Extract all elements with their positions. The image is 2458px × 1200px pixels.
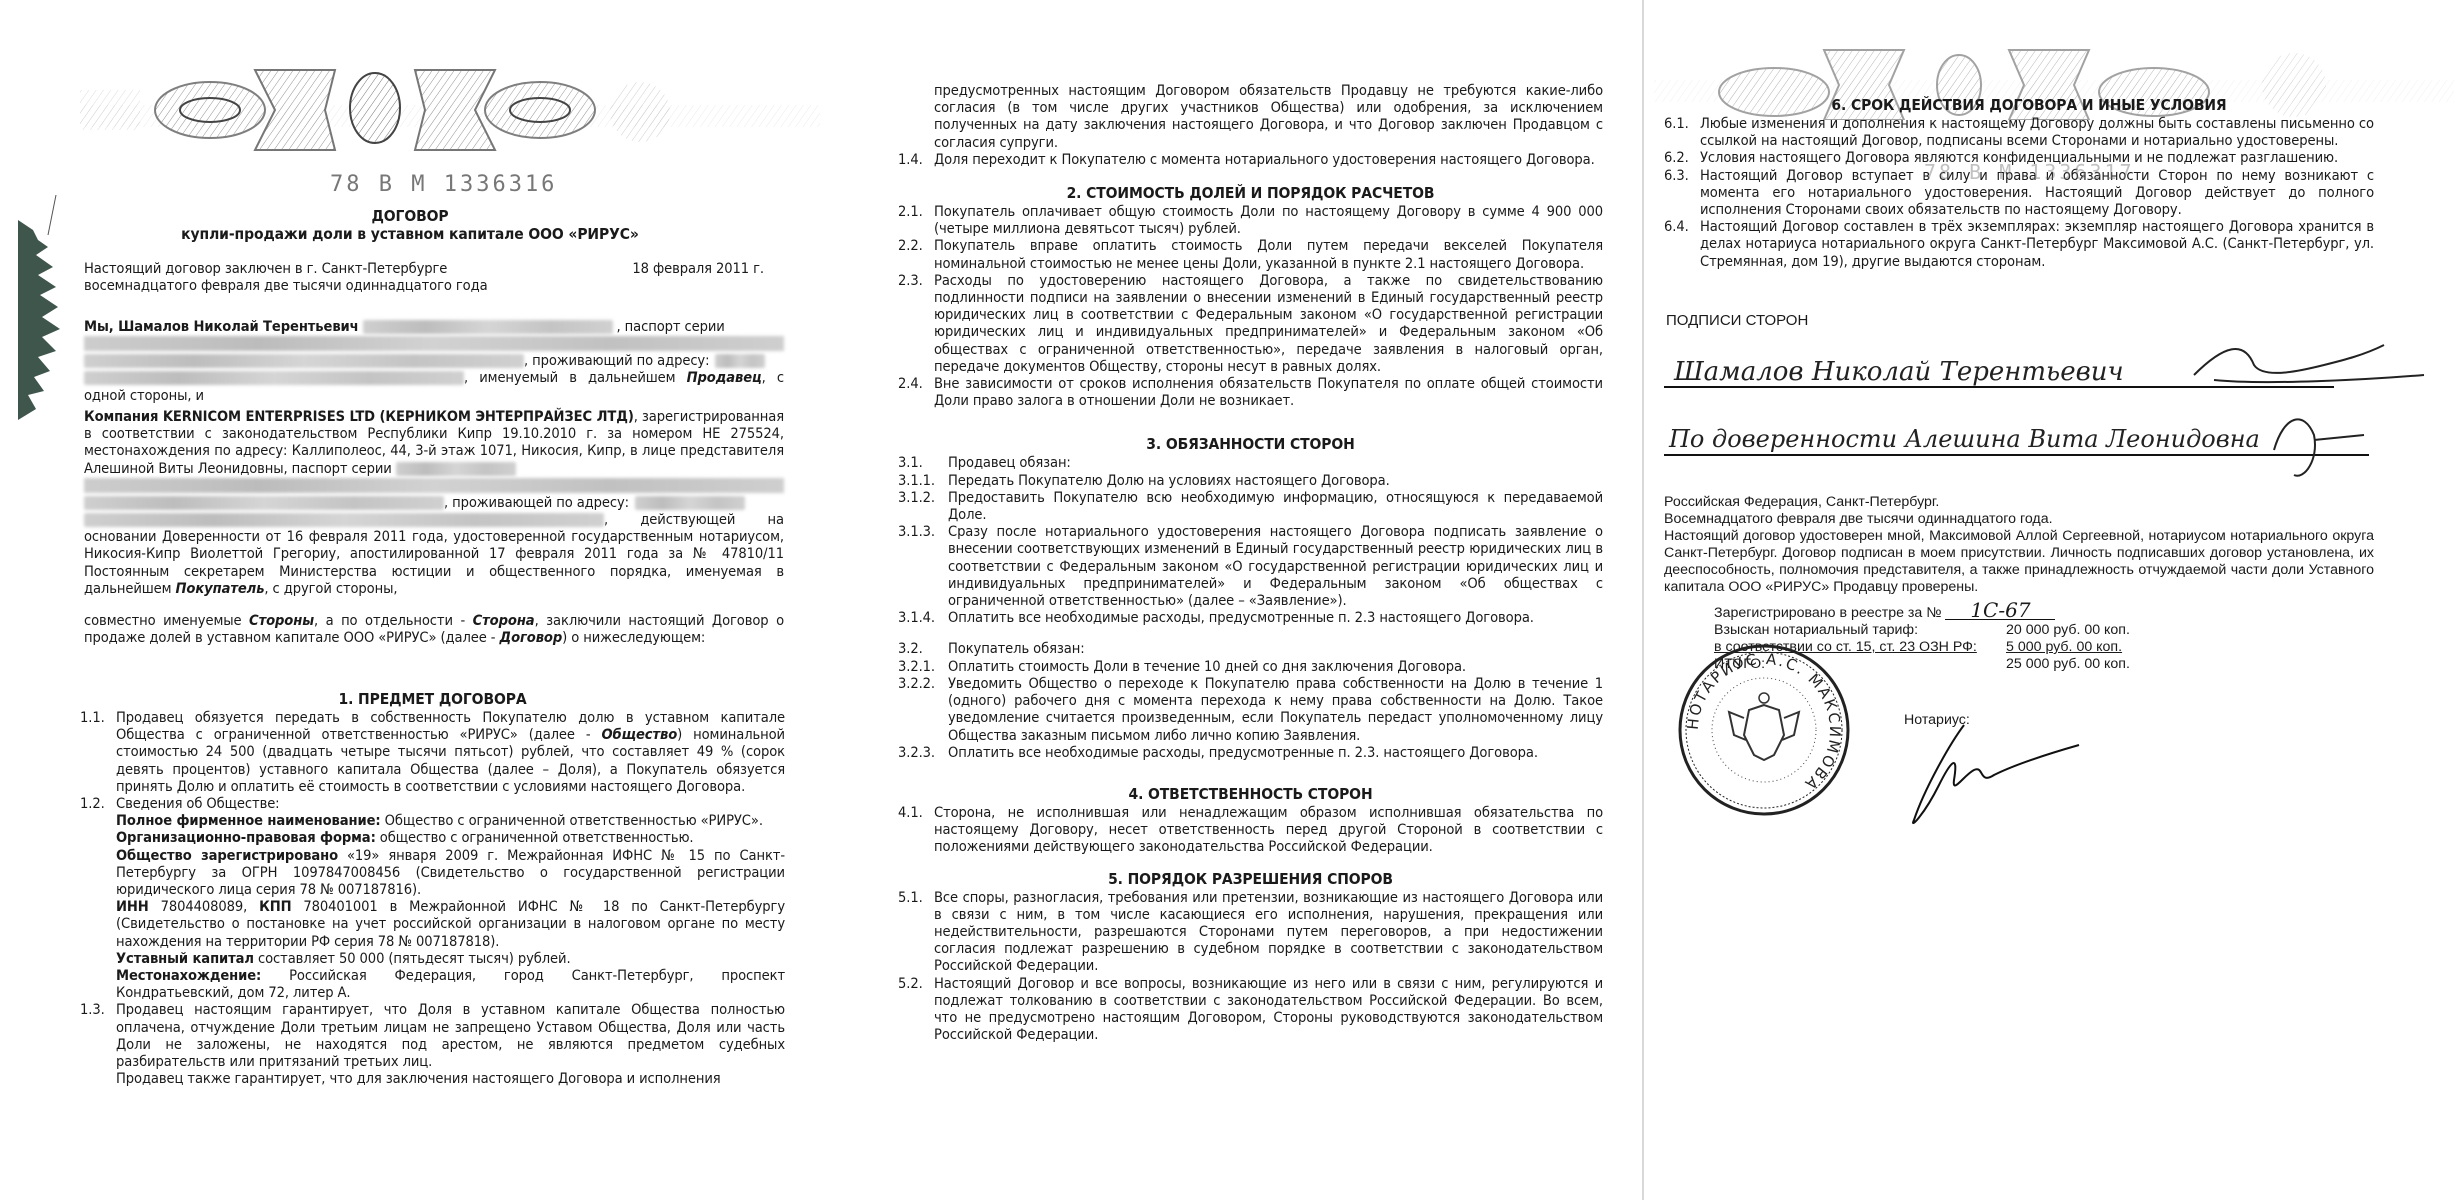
fee-label: Взыскан нотариальный тариф: bbox=[1714, 622, 2006, 639]
clause-number: 5.2. bbox=[898, 975, 934, 1044]
clause-text: Оплатить все необходимые расходы, предус… bbox=[948, 744, 1603, 761]
clause-3-1: 3.1.Продавец обязан: bbox=[898, 454, 1603, 471]
clause-3-2-1: 3.2.1.Оплатить стоимость Доли в течение … bbox=[898, 658, 1603, 675]
clause-3-2: 3.2.Покупатель обязан: bbox=[898, 640, 1603, 657]
redacted-buyer-passport bbox=[396, 462, 516, 476]
contract-subtitle: купли-продажи доли в уставном капитале О… bbox=[80, 226, 740, 243]
section-2-heading: 2. СТОИМОСТЬ ДОЛЕЙ И ПОРЯДОК РАСЧЕТОВ bbox=[898, 184, 1603, 203]
registry-line: Зарегистрировано в реестре за № 1С-67 bbox=[1714, 602, 2174, 622]
section-6-heading: 6. СРОК ДЕЙСТВИЯ ДОГОВОРА И ИНЫЕ УСЛОВИЯ bbox=[1674, 96, 2384, 115]
clause-3-1-2: 3.1.2.Предоставить Покупателю всю необхо… bbox=[898, 489, 1603, 523]
buyer-handwritten-name: По доверенности Алешина Вита Леонидовна bbox=[1668, 425, 2260, 453]
seal-outer-text: НОТАРИУС А.С. МАКСИМОВА bbox=[1684, 650, 1844, 794]
clause-text: Сразу после нотариального удостоверения … bbox=[948, 523, 1603, 609]
clause-number: 3.1.3. bbox=[898, 523, 948, 609]
section-3-buyer-clauses: 3.2.Покупатель обязан:3.2.1.Оплатить сто… bbox=[898, 640, 1603, 760]
redacted-buyer-passport-2 bbox=[84, 496, 444, 510]
clause-number: 2.3. bbox=[898, 272, 934, 375]
section-2-clauses: 2.1.Покупатель оплачивает общую стоимост… bbox=[898, 203, 1603, 409]
redacted-birth-info bbox=[363, 320, 613, 334]
clause-number: 3.2. bbox=[898, 640, 948, 657]
clause-1-3-continued: предусмотренных настоящим Договором обяз… bbox=[898, 82, 1603, 151]
clause-number: 6.1. bbox=[1664, 115, 1700, 149]
section-3-seller-clauses: 3.1.Продавец обязан:3.1.1.Передать Покуп… bbox=[898, 454, 1603, 626]
clause-number: 3.2.1. bbox=[898, 658, 948, 675]
seller-signature-line: Шамалов Николай Терентьевич bbox=[1664, 335, 2444, 405]
notary-place: Российская Федерация, Санкт-Петербург. bbox=[1664, 494, 2374, 511]
clause-2-4: 2.4.Вне зависимости от сроков исполнения… bbox=[898, 375, 1603, 409]
contract-page-2: предусмотренных настоящим Договором обяз… bbox=[820, 0, 1635, 1200]
clause-text: Расходы по удостоверению настоящего Дого… bbox=[934, 272, 1603, 375]
clause-2-1: 2.1.Покупатель оплачивает общую стоимост… bbox=[898, 203, 1603, 237]
notary-certification: Российская Федерация, Санкт-Петербург. В… bbox=[1664, 494, 2374, 596]
clause-5-1: 5.1.Все споры, разногласия, требования и… bbox=[898, 889, 1603, 975]
clause-text: Покупатель вправе оплатить стоимость Дол… bbox=[934, 237, 1603, 271]
buyer-signature-icon bbox=[2274, 419, 2364, 475]
place-line: Настоящий договор заключен в г. Санкт-Пе… bbox=[84, 260, 447, 277]
clause-3-2-3: 3.2.3.Оплатить все необходимые расходы, … bbox=[898, 744, 1603, 761]
clause-text: Любые изменения и дополнения к настоящем… bbox=[1700, 115, 2374, 149]
date-words: восемнадцатого февраля две тысячи одинна… bbox=[84, 277, 774, 294]
company-legal-form: Организационно-правовая форма: общество … bbox=[116, 829, 785, 846]
section-6-clauses: 6.1.Любые изменения и дополнения к насто… bbox=[1664, 115, 2374, 270]
clause-text: Передать Покупателю Долю на условиях нас… bbox=[948, 472, 1603, 489]
parties-seller-paragraph: Мы, Шамалов Николай Терентьевич, паспорт… bbox=[84, 318, 784, 404]
company-registration: Общество зарегистрировано «19» января 20… bbox=[116, 847, 785, 899]
clause-number: 6.3. bbox=[1664, 167, 1700, 219]
buyer-signature-line: По доверенности Алешина Вита Леонидовна bbox=[1664, 405, 2444, 485]
registry-number: 1С-67 bbox=[1945, 602, 2055, 620]
contract-page-1: 78 В М 1336316 ДОГОВОР купли-продажи дол… bbox=[0, 0, 815, 1200]
notary-statement: Настоящий договор удостоверен мной, Макс… bbox=[1664, 528, 2374, 596]
section-3-heading: 3. ОБЯЗАННОСТИ СТОРОН bbox=[898, 435, 1603, 454]
redacted-buyer-address bbox=[635, 496, 745, 510]
redacted-buyer-passport-details bbox=[84, 478, 784, 493]
contract-place-date: Настоящий договор заключен в г. Санкт-Пе… bbox=[84, 260, 774, 294]
clause-text: Все споры, разногласия, требования или п… bbox=[934, 889, 1603, 975]
signatures-heading: ПОДПИСИ СТОРОН bbox=[1666, 312, 1808, 329]
notary-seal-icon: НОТАРИУС А.С. МАКСИМОВА bbox=[1674, 640, 1854, 820]
clause-3-1-4: 3.1.4.Оплатить все необходимые расходы, … bbox=[898, 609, 1603, 626]
clause-text: Оплатить стоимость Доли в течение 10 дне… bbox=[948, 658, 1603, 675]
clause-number: 3.1.1. bbox=[898, 472, 948, 489]
contract-page-3: 6. СРОК ДЕЙСТВИЯ ДОГОВОРА И ИНЫЕ УСЛОВИЯ… bbox=[1642, 0, 2458, 1200]
section-1: 1. ПРЕДМЕТ ДОГОВОРА 1.1. Продавец обязуе… bbox=[80, 690, 785, 1087]
fee-row: Взыскан нотариальный тариф:20 000 руб. 0… bbox=[1714, 622, 2174, 639]
clause-number: 6.4. bbox=[1664, 218, 1700, 270]
clause-6-4: 6.4.Настоящий Договор составлен в трёх э… bbox=[1664, 218, 2374, 270]
svg-text:НОТАРИУС А.С. МАКСИМОВА: НОТАРИУС А.С. МАКСИМОВА bbox=[1684, 650, 1844, 794]
clause-6-1: 6.1.Любые изменения и дополнения к насто… bbox=[1664, 115, 2374, 149]
redacted-buyer-address-2 bbox=[84, 513, 604, 527]
section-5-clauses: 5.1.Все споры, разногласия, требования и… bbox=[898, 889, 1603, 1044]
clause-text: Сторона, не исполнившая или ненадлежащим… bbox=[934, 804, 1603, 856]
clause-number: 3.1.2. bbox=[898, 489, 948, 523]
clause-1-1: 1.1. Продавец обязуется передать в собст… bbox=[80, 709, 785, 795]
parties-buyer-paragraph: Компания KERNICOM ENTERPRISES LTD (КЕРНИ… bbox=[84, 408, 784, 597]
clause-text: Оплатить все необходимые расходы, предус… bbox=[948, 609, 1603, 626]
seller-handwritten-name: Шамалов Николай Терентьевич bbox=[1673, 357, 2124, 387]
page2-content: предусмотренных настоящим Договором обяз… bbox=[898, 82, 1603, 1043]
clause-text: Вне зависимости от сроков исполнения обя… bbox=[934, 375, 1603, 409]
clause-number: 4.1. bbox=[898, 804, 934, 856]
clause-number: 2.4. bbox=[898, 375, 934, 409]
contract-title: ДОГОВОР bbox=[80, 208, 740, 225]
company-fullname: Полное фирменное наименование: Общество … bbox=[116, 812, 785, 829]
clause-number: 3.1. bbox=[898, 454, 948, 471]
redacted-passport-details-2 bbox=[84, 354, 524, 368]
clause-3-2-2: 3.2.2.Уведомить Общество о переходе к По… bbox=[898, 675, 1603, 744]
clause-3-1-1: 3.1.1.Передать Покупателю Долю на услови… bbox=[898, 472, 1603, 489]
section-5-heading: 5. ПОРЯДОК РАЗРЕШЕНИЯ СПОРОВ bbox=[898, 870, 1603, 889]
clause-1-2: 1.2. Сведения об Обществе: Полное фирмен… bbox=[80, 795, 785, 1001]
clause-number: 3.2.3. bbox=[898, 744, 948, 761]
clause-2-3: 2.3.Расходы по удостоверению настоящего … bbox=[898, 272, 1603, 375]
notary-signature-icon bbox=[1894, 720, 2094, 830]
seller-role: Продавец bbox=[687, 369, 762, 386]
form-serial-number: 78 В М 1336316 bbox=[330, 172, 557, 197]
clause-number: 3.2.2. bbox=[898, 675, 948, 744]
fee-value: 25 000 руб. 00 коп. bbox=[2006, 656, 2130, 673]
buyer-role: Покупатель bbox=[176, 580, 265, 597]
clause-text: Покупатель обязан: bbox=[948, 640, 1603, 657]
binding-seal-icon bbox=[8, 195, 78, 430]
clause-number: 6.2. bbox=[1664, 149, 1700, 166]
clause-text: Предоставить Покупателю всю необходимую … bbox=[948, 489, 1603, 523]
seller-signature-icon bbox=[2194, 345, 2424, 382]
clause-text: Продавец обязан: bbox=[948, 454, 1603, 471]
clause-text: Настоящий Договор и все вопросы, возника… bbox=[934, 975, 1603, 1044]
redacted-seller-address bbox=[715, 354, 765, 368]
clause-number: 5.1. bbox=[898, 889, 934, 975]
clause-2-2: 2.2.Покупатель вправе оплатить стоимость… bbox=[898, 237, 1603, 271]
clause-number: 2.2. bbox=[898, 237, 934, 271]
clause-4-1: 4.1.Сторона, не исполнившая или ненадлеж… bbox=[898, 804, 1603, 856]
clause-1-4: 1.4. Доля переходит к Покупателю с момен… bbox=[898, 151, 1603, 168]
company-location: Местонахождение: Российская Федерация, г… bbox=[116, 967, 785, 1001]
fee-value: 20 000 руб. 00 коп. bbox=[2006, 622, 2130, 639]
buyer-company: Компания KERNICOM ENTERPRISES LTD (КЕРНИ… bbox=[84, 408, 634, 425]
contract-date: 18 февраля 2011 г. bbox=[632, 260, 764, 277]
parties-jointly-paragraph: совместно именуемые Стороны, а по отдель… bbox=[84, 612, 784, 646]
fee-value: 5 000 руб. 00 коп. bbox=[2006, 639, 2122, 656]
company-capital: Уставный капитал составляет 50 000 (пять… bbox=[116, 950, 785, 967]
clause-text: Уведомить Общество о переходе к Покупате… bbox=[948, 675, 1603, 744]
seller-name: Мы, Шамалов Николай Терентьевич bbox=[84, 318, 359, 335]
notary-date-words: Восемнадцатого февраля две тысячи одинна… bbox=[1664, 511, 2374, 528]
section-4-clauses: 4.1.Сторона, не исполнившая или ненадлеж… bbox=[898, 804, 1603, 856]
clause-text: Настоящий Договор составлен в трёх экзем… bbox=[1700, 218, 2374, 270]
ornament-band-top-page1 bbox=[80, 50, 820, 160]
clause-5-2: 5.2.Настоящий Договор и все вопросы, воз… bbox=[898, 975, 1603, 1044]
redacted-seller-address-2 bbox=[84, 371, 464, 385]
company-inn-kpp: ИНН 7804408089, КПП 780401001 в Межрайон… bbox=[116, 898, 785, 950]
clause-3-1-3: 3.1.3.Сразу после нотариального удостове… bbox=[898, 523, 1603, 609]
clause-text: Покупатель оплачивает общую стоимость До… bbox=[934, 203, 1603, 237]
clause-number: 3.1.4. bbox=[898, 609, 948, 626]
redacted-passport-details bbox=[84, 336, 784, 351]
form-serial-number-page3: 78 В М 1336317 bbox=[1924, 160, 2135, 184]
clause-1-3: 1.3. Продавец настоящим гарантирует, что… bbox=[80, 1001, 785, 1087]
section-4-heading: 4. ОТВЕТСТВЕННОСТЬ СТОРОН bbox=[898, 785, 1603, 804]
section-1-heading: 1. ПРЕДМЕТ ДОГОВОРА bbox=[80, 690, 785, 709]
clause-number: 2.1. bbox=[898, 203, 934, 237]
